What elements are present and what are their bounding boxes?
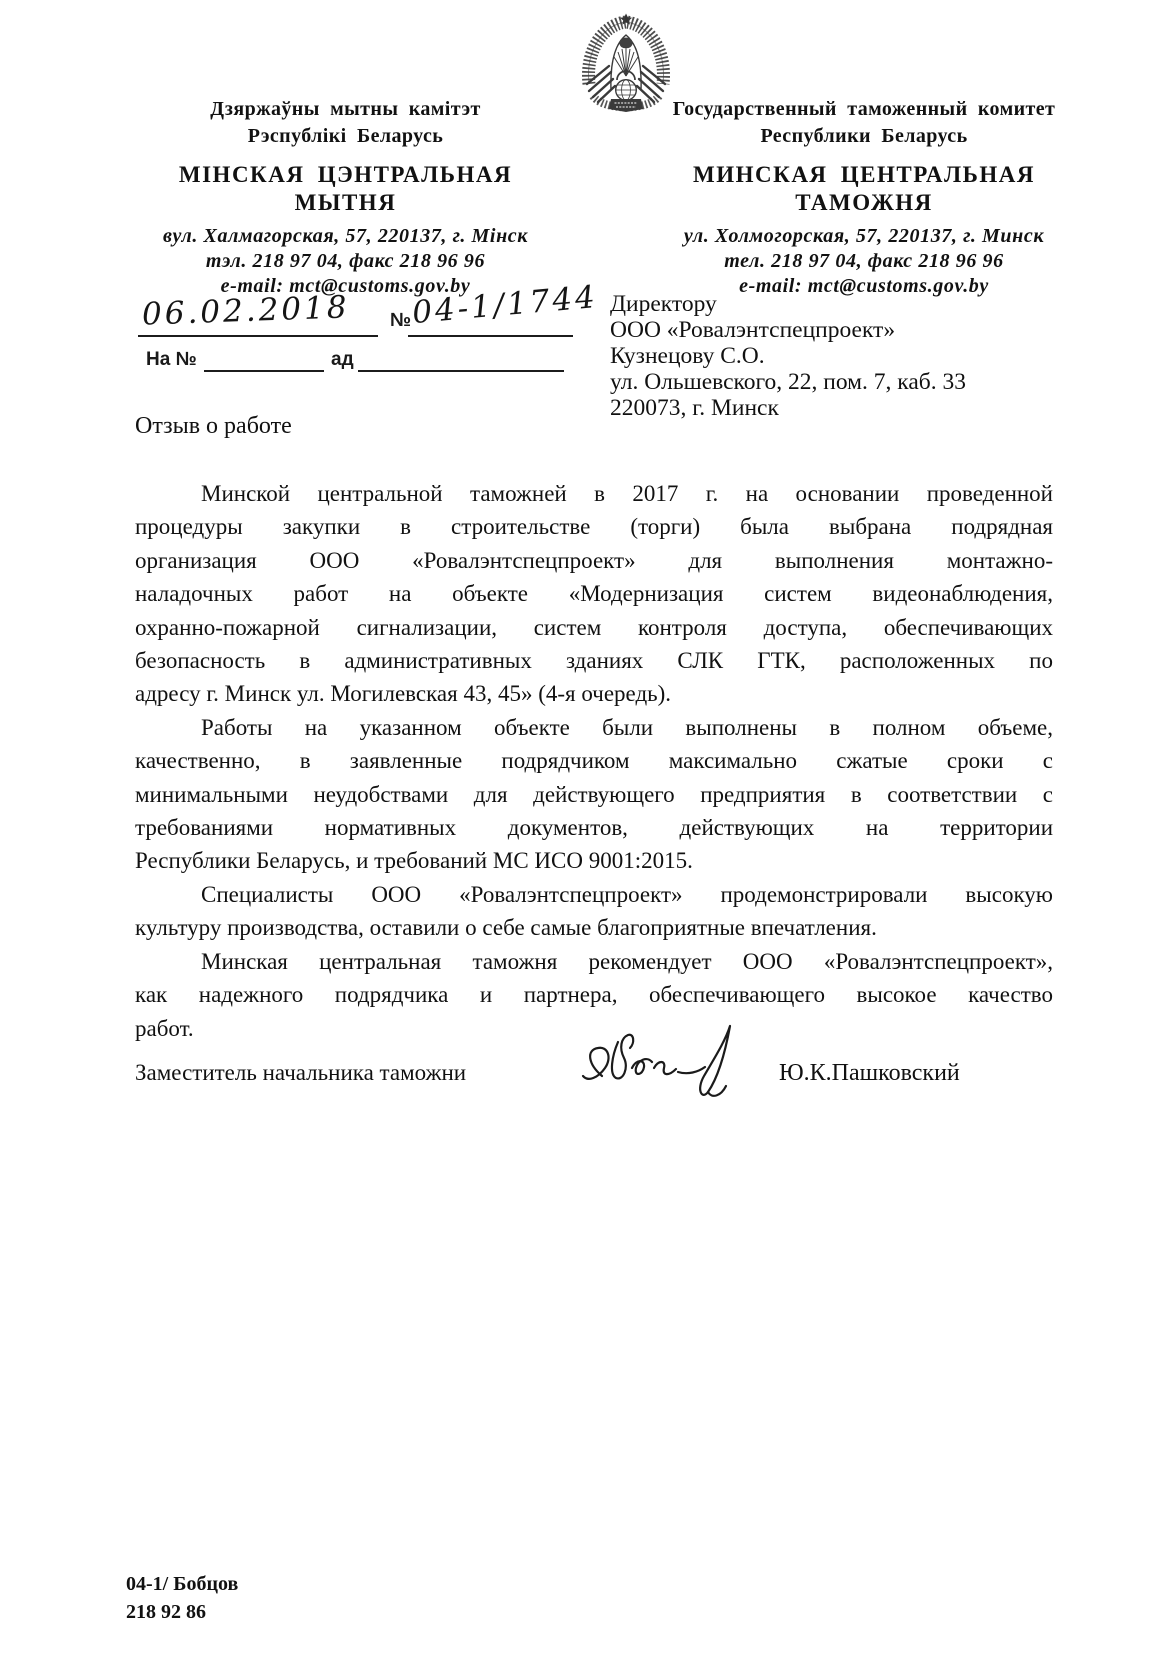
body-line: Республики Беларусь, и требований МС ИСО… bbox=[135, 844, 1053, 877]
signature-scribble bbox=[562, 1018, 762, 1118]
body-line: Специалисты ООО «Ровалэнтспецпроект» про… bbox=[135, 878, 1053, 911]
subject-line: Отзыв о работе bbox=[135, 413, 292, 440]
body-line: качественно, в заявленные подрядчиком ма… bbox=[135, 744, 1053, 777]
footer-executor: 04-1/ Бобцов bbox=[126, 1570, 238, 1598]
right-address: ул. Холмогорская, 57, 220137, г. Минск bbox=[648, 224, 1080, 249]
left-address: вул. Халмагорская, 57, 220137, г. Мінск bbox=[118, 224, 573, 249]
body-line: минимальными неудобствами для действующе… bbox=[135, 778, 1053, 811]
body-line: безопасность в административных зданиях … bbox=[135, 644, 1053, 677]
right-org-name-line1: МИНСКАЯ ЦЕНТРАЛЬНАЯ bbox=[648, 161, 1080, 189]
letterhead-left: Дзяржаўны мытны камітэт Рэспублікі Белар… bbox=[118, 96, 573, 299]
number-underline bbox=[408, 335, 573, 337]
recipient-block: Директору ООО «Ровалэнтспецпроект» Кузне… bbox=[610, 291, 1070, 421]
body-line: Работы на указанном объекте были выполне… bbox=[135, 711, 1053, 744]
left-committee-line2: Рэспублікі Беларусь bbox=[118, 123, 573, 150]
recipient-position: Директору bbox=[610, 291, 1070, 317]
recipient-street: ул. Ольшевского, 22, пом. 7, каб. 33 bbox=[610, 369, 1070, 395]
body-line: процедуры закупки в строительстве (торги… bbox=[135, 510, 1053, 543]
reply-date-underline bbox=[358, 370, 564, 372]
footer-block: 04-1/ Бобцов 218 92 86 bbox=[126, 1570, 238, 1626]
body-line: адресу г. Минск ул. Могилевская 43, 45» … bbox=[135, 677, 1053, 710]
body-line: Минской центральной таможней в 2017 г. н… bbox=[135, 477, 1053, 510]
body-line: охранно-пожарной сигнализации, систем ко… bbox=[135, 611, 1053, 644]
left-committee-line1: Дзяржаўны мытны камітэт bbox=[118, 96, 573, 123]
footer-phone: 218 92 86 bbox=[126, 1598, 238, 1626]
left-org-name-line2: МЫТНЯ bbox=[118, 189, 573, 217]
letter-body: Минской центральной таможней в 2017 г. н… bbox=[135, 477, 1053, 1045]
recipient-person: Кузнецову С.О. bbox=[610, 343, 1070, 369]
reference-block: 06.02.2018 № 04-1/1744 На № ад bbox=[120, 293, 590, 383]
right-phone-fax: тел. 218 97 04, факс 218 96 96 bbox=[648, 249, 1080, 274]
left-org-name-line1: МІНСКАЯ ЦЭНТРАЛЬНАЯ bbox=[118, 161, 573, 189]
body-line: наладочных работ на объекте «Модернизаци… bbox=[135, 577, 1053, 610]
right-committee-line2: Республики Беларусь bbox=[648, 123, 1080, 150]
right-committee-line1: Государственный таможенный комитет bbox=[648, 96, 1080, 123]
left-phone-fax: тэл. 218 97 04, факс 218 96 96 bbox=[118, 249, 573, 274]
recipient-city: 220073, г. Минск bbox=[610, 395, 1070, 421]
body-line: культуру производства, оставили о себе с… bbox=[135, 911, 1053, 944]
reply-from-label: ад bbox=[331, 349, 354, 371]
letterhead-right: Государственный таможенный комитет Респу… bbox=[648, 96, 1080, 299]
date-underline bbox=[138, 335, 378, 337]
signer-name: Ю.К.Пашковский bbox=[779, 1060, 960, 1087]
signer-title: Заместитель начальника таможни bbox=[135, 1060, 466, 1086]
body-line: требованиями нормативных документов, дей… bbox=[135, 811, 1053, 844]
body-line: Минская центральная таможня рекомендует … bbox=[135, 945, 1053, 978]
reply-number-underline bbox=[204, 370, 324, 372]
handwritten-date: 06.02.2018 bbox=[141, 289, 350, 332]
recipient-company: ООО «Ровалэнтспецпроект» bbox=[610, 317, 1070, 343]
body-line: как надежного подрядчика и партнера, обе… bbox=[135, 978, 1053, 1011]
right-org-name-line2: ТАМОЖНЯ bbox=[648, 189, 1080, 217]
number-sign-label: № bbox=[390, 310, 411, 332]
body-line: организация ООО «Ровалэнтспецпроект» для… bbox=[135, 544, 1053, 577]
reply-to-label: На № bbox=[146, 349, 197, 371]
scanned-letter-page: Дзяржаўны мытны камітэт Рэспублікі Белар… bbox=[0, 0, 1158, 1668]
